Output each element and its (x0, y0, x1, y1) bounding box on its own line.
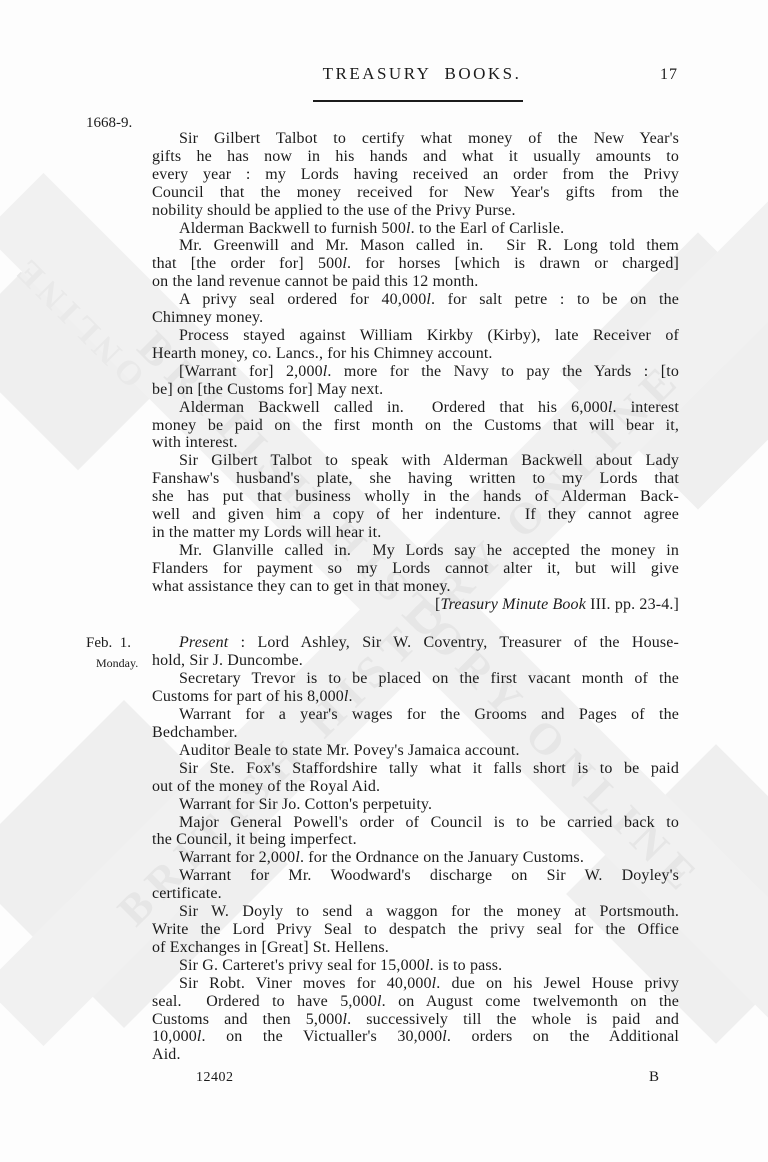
text-line: Aid. (152, 1046, 679, 1064)
text-line: A privy seal ordered for 40,000l. for sa… (152, 291, 679, 309)
paragraph: Process stayed against William Kirkby (K… (152, 327, 679, 363)
text-line: Sir W. Doyly to send a waggon for the mo… (152, 903, 679, 921)
text-line: Mr. Glanville called in. My Lords say he… (152, 542, 679, 560)
footer-signature-letter: B (649, 1069, 659, 1086)
text-line: hold, Sir J. Duncombe. (152, 652, 679, 670)
text-line: nobility should be applied to the use of… (152, 202, 679, 220)
text-line: 10,000l. on the Victualler's 30,000l. or… (152, 1028, 679, 1046)
body-section: Sir Gilbert Talbot to certify what money… (152, 130, 679, 613)
text-line: [Warrant for] 2,000l. more for the Navy … (152, 363, 679, 381)
text-line: out of the money of the Royal Aid. (152, 778, 679, 796)
text-line: the Council, it being imperfect. (152, 831, 679, 849)
text-line: with interest. (152, 434, 679, 452)
page-title: TREASURY BOOKS. (152, 64, 692, 84)
paragraph: Mr. Greenwill and Mr. Mason called in. S… (152, 237, 679, 291)
text-line: what assistance they can to get in that … (152, 578, 679, 596)
text-line: that [the order for] 500l. for horses [w… (152, 255, 679, 273)
paragraph: Alderman Backwell called in. Ordered tha… (152, 399, 679, 453)
body-section: Present : Lord Ashley, Sir W. Coventry, … (152, 634, 679, 1064)
text-line: well and given him a copy of her indentu… (152, 506, 679, 524)
text-line: Warrant for Sir Jo. Cotton's perpetuity. (152, 796, 679, 814)
margin-note-day: Monday. (96, 656, 138, 671)
page-number: 17 (660, 66, 678, 84)
text-line: Sir Robt. Viner moves for 40,000l. due o… (152, 975, 679, 993)
paragraph: Alderman Backwell to furnish 500l. to th… (152, 220, 679, 238)
paragraph: Sir Ste. Fox's Staffordshire tally what … (152, 760, 679, 796)
text-line: every year : my Lords having received an… (152, 166, 679, 184)
text-line: be] on [the Customs for] May next. (152, 381, 679, 399)
text-line: Warrant for a year's wages for the Groom… (152, 706, 679, 724)
paragraph: Mr. Glanville called in. My Lords say he… (152, 542, 679, 596)
text-line: Alderman Backwell called in. Ordered tha… (152, 399, 679, 417)
text-line: certificate. (152, 885, 679, 903)
paragraph: Warrant for Mr. Woodward's discharge on … (152, 867, 679, 903)
text-line: in the matter my Lords will hear it. (152, 524, 679, 542)
text-line: Alderman Backwell to furnish 500l. to th… (152, 220, 679, 238)
text-line: Hearth money, co. Lancs., for his Chimne… (152, 345, 679, 363)
paragraph: [Warrant for] 2,000l. more for the Navy … (152, 363, 679, 399)
text-line: Customs and then 5,000l. successively ti… (152, 1011, 679, 1029)
text-line: Warrant for Mr. Woodward's discharge on … (152, 867, 679, 885)
paragraph: Sir W. Doyly to send a waggon for the mo… (152, 903, 679, 957)
paragraph: Sir Robt. Viner moves for 40,000l. due o… (152, 975, 679, 1065)
text-line: Sir Gilbert Talbot to certify what money… (152, 130, 679, 148)
text-line: Present : Lord Ashley, Sir W. Coventry, … (152, 634, 679, 652)
text-line: Auditor Beale to state Mr. Povey's Jamai… (152, 742, 679, 760)
text-line: money be paid on the first month on the … (152, 417, 679, 435)
text-line: [Treasury Minute Book III. pp. 23-4.] (152, 596, 679, 614)
paragraph: Sir Gilbert Talbot to speak with Alderma… (152, 452, 679, 542)
paragraph: [Treasury Minute Book III. pp. 23-4.] (152, 596, 679, 614)
text-line: Process stayed against William Kirkby (K… (152, 327, 679, 345)
margin-note-date: Feb. 1. (86, 635, 131, 652)
text-line: Sir Ste. Fox's Staffordshire tally what … (152, 760, 679, 778)
text-line: Sir G. Carteret's privy seal for 15,000l… (152, 957, 679, 975)
text-line: Bedchamber. (152, 724, 679, 742)
paragraph: Sir Gilbert Talbot to certify what money… (152, 130, 679, 220)
paragraph: Auditor Beale to state Mr. Povey's Jamai… (152, 742, 679, 760)
paragraph: Secretary Trevor is to be placed on the … (152, 670, 679, 706)
text-line: Fanshaw's husband's plate, she having wr… (152, 470, 679, 488)
text-line: Warrant for 2,000l. for the Ordnance on … (152, 849, 679, 867)
paragraph: Warrant for 2,000l. for the Ordnance on … (152, 849, 679, 867)
text-line: Secretary Trevor is to be placed on the … (152, 670, 679, 688)
scanned-book-page: BRITISH HISTORY ONLINE BRITISH HISTORY O… (0, 0, 768, 1162)
paragraph: Warrant for a year's wages for the Groom… (152, 706, 679, 742)
paragraph: A privy seal ordered for 40,000l. for sa… (152, 291, 679, 327)
text-line: of Exchanges in [Great] St. Hellens. (152, 939, 679, 957)
text-line: seal. Ordered to have 5,000l. on August … (152, 993, 679, 1011)
header-divider-rule (313, 100, 523, 102)
footer-print-number: 12402 (196, 1070, 234, 1086)
paragraph: Major General Powell's order of Council … (152, 814, 679, 850)
paragraph: Present : Lord Ashley, Sir W. Coventry, … (152, 634, 679, 670)
body-text: Sir Gilbert Talbot to certify what money… (152, 130, 679, 1064)
margin-note-year: 1668-9. (86, 115, 132, 132)
text-line: on the land revenue cannot be paid this … (152, 273, 679, 291)
text-line: Major General Powell's order of Council … (152, 814, 679, 832)
paragraph: Sir G. Carteret's privy seal for 15,000l… (152, 957, 679, 975)
paragraph: Warrant for Sir Jo. Cotton's perpetuity. (152, 796, 679, 814)
text-line: Write the Lord Privy Seal to despatch th… (152, 921, 679, 939)
text-line: Council that the money received for New … (152, 184, 679, 202)
text-line: Customs for part of his 8,000l. (152, 688, 679, 706)
text-line: gifts he has now in his hands and what i… (152, 148, 679, 166)
text-line: she has put that business wholly in the … (152, 488, 679, 506)
text-line: Mr. Greenwill and Mr. Mason called in. S… (152, 237, 679, 255)
text-line: Chimney money. (152, 309, 679, 327)
text-line: Sir Gilbert Talbot to speak with Alderma… (152, 452, 679, 470)
text-line: Flanders for payment so my Lords cannot … (152, 560, 679, 578)
